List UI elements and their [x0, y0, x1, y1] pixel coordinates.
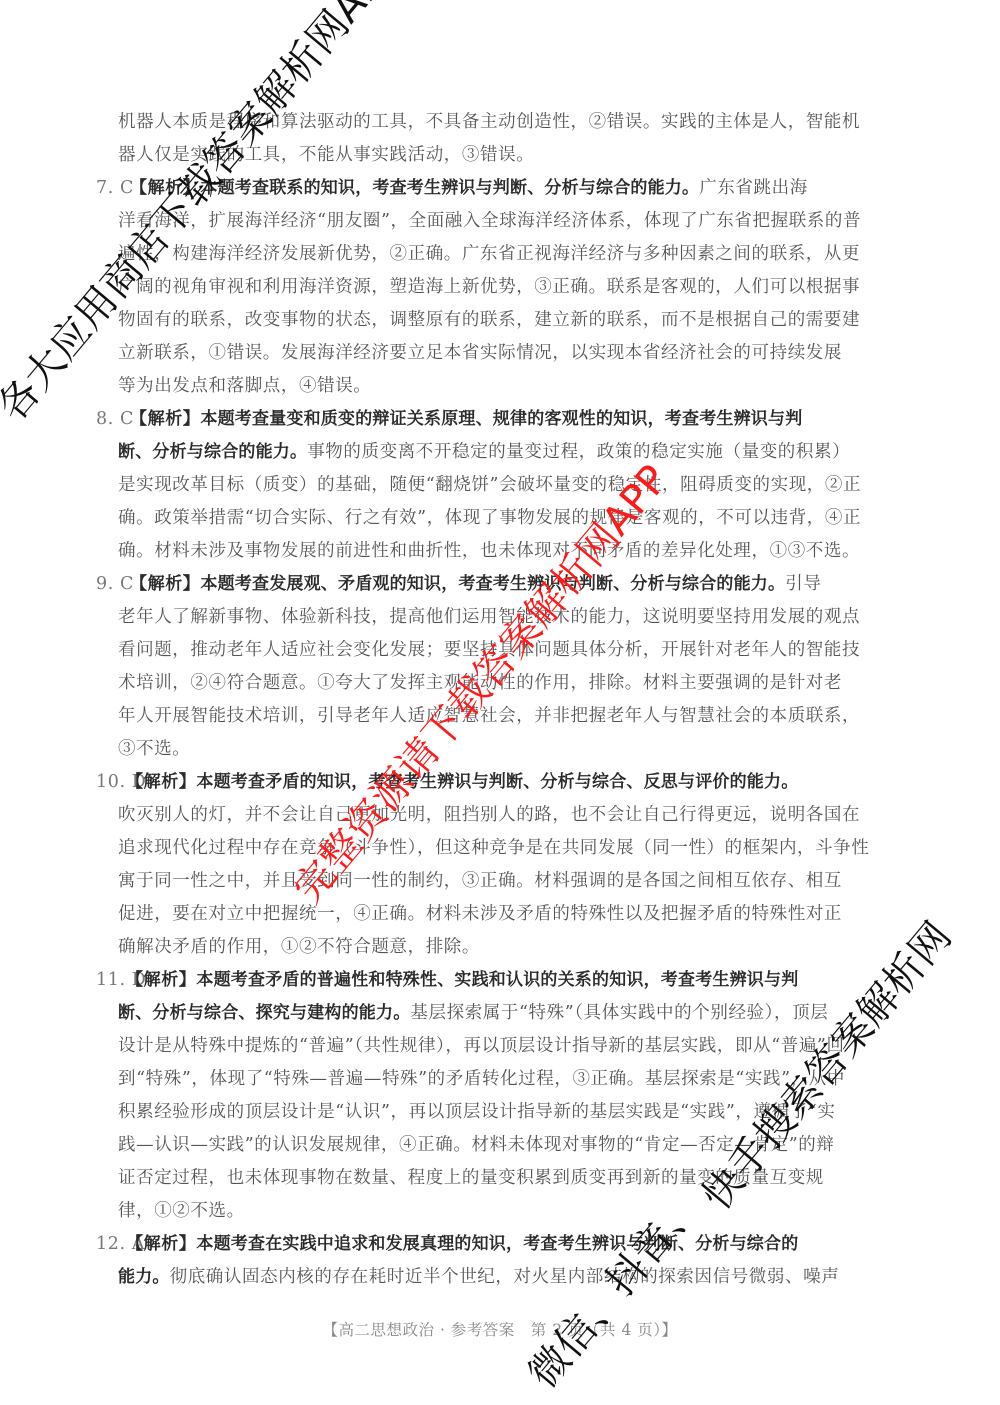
- question-topic: 断、分析与综合的能力。: [118, 442, 307, 462]
- line-text: 确解决矛盾的作用，①②不符合题意，排除。: [118, 937, 480, 957]
- question-number: 7. C: [96, 172, 130, 205]
- text-line: 广阔的视角审视和利用海洋资源，塑造海上新优势，③正确。联系是客观的，人们可以根据…: [96, 271, 908, 304]
- line-text: 广阔的视角审视和利用海洋资源，塑造海上新优势，③正确。联系是客观的，人们可以根据…: [118, 277, 860, 297]
- line-text: 彻底确认固态内核的存在耗时近半个世纪，对火星内部结构的探索因信号微弱、噪声: [170, 1267, 840, 1287]
- analysis-tag: 【解析】: [126, 772, 196, 792]
- analysis-tag: 【解析】: [126, 970, 196, 990]
- line-text: 广东省跳出海: [699, 178, 808, 198]
- text-line: 物固有的联系，改变事物的状态，调整原有的联系，建立新的联系，而不是根据自己的需要…: [96, 304, 908, 337]
- text-line: 断、分析与综合、探究与建构的能力。基层探索属于“特殊”（具体实践中的个别经验），…: [96, 997, 908, 1030]
- line-text: 器人仅是实践的工具，不能从事实践活动，③错误。: [118, 145, 534, 165]
- question-topic: 本题考查联系的知识，考查考生辨识与判断、分析与综合的能力。: [200, 178, 699, 198]
- text-line: 追求现代化过程中存在竞争（斗争性），但这种竞争是在共同发展（同一性）的框架内，斗…: [96, 832, 908, 865]
- line-text: 基层探索属于“特殊”（具体实践中的个别经验），顶层: [410, 1003, 828, 1023]
- line-text: 洋看海洋，扩展海洋经济“朋友圈”，全面融入全球海洋经济体系，体现了广东省把握联系…: [118, 211, 861, 231]
- text-line: 是实现改革目标（质变）的基础，随便“翻烧饼”会破坏量变的稳定性，阻碍质变的实现，…: [96, 469, 908, 502]
- line-text: 等为出发点和落脚点，④错误。: [118, 376, 371, 396]
- question-number: 9. C: [96, 568, 130, 601]
- question-topic: 能力。: [118, 1267, 170, 1287]
- text-line: 立新联系，①错误。发展海洋经济要立足本省实际情况，以实现本省经济社会的可持续发展: [96, 337, 908, 370]
- line-text: 设计是从特殊中提炼的“普遍”（共性规律），再以顶层设计指导新的基层实践，即从“普…: [118, 1036, 845, 1056]
- line-text: 吹灭别人的灯，并不会让自己更加光明，阻挡别人的路，也不会让自己行得更远，说明各国…: [118, 805, 860, 825]
- text-line: 洋看海洋，扩展海洋经济“朋友圈”，全面融入全球海洋经济体系，体现了广东省把握联系…: [96, 205, 908, 238]
- question-12-header: 12. A【解析】本题考查在实践中追求和发展真理的知识，考查考生辨识与判断、分析…: [96, 1228, 908, 1261]
- line-text: 确。政策举措需“切合实际、行之有效”，体现了事物发展的规律是客观的，不可以违背，…: [118, 508, 861, 528]
- question-9-header: 9. C【解析】本题考查发展观、矛盾观的知识，考查考生辨识与判断、分析与综合的能…: [96, 568, 908, 601]
- question-number: 12. A: [96, 1228, 126, 1261]
- line-text: 引导: [785, 574, 821, 594]
- page-footer: 【高二思想政治 · 参考答案 第 2 页（共 4 页）】: [0, 1318, 1000, 1340]
- question-8-header: 8. C【解析】本题考查量变和质变的辩证关系原理、规律的客观性的知识，考查考生辨…: [96, 403, 908, 436]
- question-topic: 本题考查发展观、矛盾观的知识，考查考生辨识与判断、分析与综合的能力。: [200, 574, 785, 594]
- line-text: 遍性，构建海洋经济发展新优势，②正确。广东省正视海洋经济与多种因素之间的联系，从…: [118, 244, 860, 264]
- line-text: 老年人了解新事物、体验新科技，提高他们运用智能技术的能力，这说明要坚持用发展的观…: [118, 607, 860, 627]
- line-text: 确。材料未涉及事物发展的前进性和曲折性，也未体现对不同矛盾的差异化处理，①③不选…: [118, 541, 860, 561]
- line-text: 律，①②不选。: [118, 1201, 245, 1221]
- line-text: 是实现改革目标（质变）的基础，随便“翻烧饼”会破坏量变的稳定性，阻碍质变的实现，…: [118, 475, 861, 495]
- question-11-header: 11. D【解析】本题考查矛盾的普遍性和特殊性、实践和认识的关系的知识，考查考生…: [96, 964, 908, 997]
- text-line: 寓于同一性之中，并且受到同一性的制约，③正确。材料强调的是各国之间相互依存、相互: [96, 865, 908, 898]
- text-line: 律，①②不选。: [96, 1195, 908, 1228]
- text-line: 设计是从特殊中提炼的“普遍”（共性规律），再以顶层设计指导新的基层实践，即从“普…: [96, 1030, 908, 1063]
- question-10-header: 10. D【解析】本题考查矛盾的知识，考查考生辨识与判断、分析与综合、反思与评价…: [96, 766, 908, 799]
- question-number: 10. D: [96, 766, 126, 799]
- line-text: 积累经验形成的顶层设计是“认识”，再以顶层设计指导新的基层实践是“实践”，遵循了…: [118, 1102, 835, 1122]
- line-text: 追求现代化过程中存在竞争（斗争性），但这种竞争是在共同发展（同一性）的框架内，斗…: [118, 838, 869, 858]
- text-line: 能力。彻底确认固态内核的存在耗时近半个世纪，对火星内部结构的探索因信号微弱、噪声: [96, 1261, 908, 1294]
- text-line: 断、分析与综合的能力。事物的质变离不开稳定的量变过程，政策的稳定实施（量变的积累…: [96, 436, 908, 469]
- question-topic: 本题考查量变和质变的辩证关系原理、规律的客观性的知识，考查考生辨识与判: [200, 409, 802, 429]
- question-number: 11. D: [96, 964, 126, 997]
- analysis-tag: 【解析】: [126, 1234, 196, 1254]
- text-line: 确。政策举措需“切合实际、行之有效”，体现了事物发展的规律是客观的，不可以违背，…: [96, 502, 908, 535]
- text-line: 确。材料未涉及事物发展的前进性和曲折性，也未体现对不同矛盾的差异化处理，①③不选…: [96, 535, 908, 568]
- question-topic: 本题考查矛盾的知识，考查考生辨识与判断、分析与综合、反思与评价的能力。: [196, 772, 798, 792]
- question-topic: 断、分析与综合、探究与建构的能力。: [118, 1003, 410, 1023]
- line-text: 物固有的联系，改变事物的状态，调整原有的联系，建立新的联系，而不是根据自己的需要…: [118, 310, 860, 330]
- question-topic: 本题考查在实践中追求和发展真理的知识，考查考生辨识与判断、分析与综合的: [196, 1234, 798, 1254]
- text-line: 证否定过程，也未体现事物在数量、程度上的量变积累到质变再到新的量变的质量互变规: [96, 1162, 908, 1195]
- line-text: 到“特殊”，体现了“特殊—普遍—特殊”的矛盾转化过程，③正确。基层探索是“实践”…: [118, 1069, 845, 1089]
- analysis-tag: 【解析】: [130, 574, 200, 594]
- text-line: 促进，要在对立中把握统一，④正确。材料未涉及矛盾的特殊性以及把握矛盾的特殊性对正: [96, 898, 908, 931]
- line-text: 寓于同一性之中，并且受到同一性的制约，③正确。材料强调的是各国之间相互依存、相互: [118, 871, 842, 891]
- line-text: ③不选。: [118, 739, 190, 759]
- line-text: 立新联系，①错误。发展海洋经济要立足本省实际情况，以实现本省经济社会的可持续发展: [118, 343, 842, 363]
- line-text: 事物的质变离不开稳定的量变过程，政策的稳定实施（量变的积累）: [307, 442, 850, 462]
- analysis-tag: 【解析】: [130, 409, 200, 429]
- question-topic: 本题考查矛盾的普遍性和特殊性、实践和认识的关系的知识，考查考生辨识与判: [196, 970, 798, 990]
- question-number: 8. C: [96, 403, 130, 436]
- line-text: 促进，要在对立中把握统一，④正确。材料未涉及矛盾的特殊性以及把握矛盾的特殊性对正: [118, 904, 842, 924]
- text-line: 等为出发点和落脚点，④错误。: [96, 370, 908, 403]
- document-page: 机器人本质是程序和算法驱动的工具，不具备主动创造性，②错误。实践的主体是人，智能…: [0, 0, 1000, 1405]
- text-line: 吹灭别人的灯，并不会让自己更加光明，阻挡别人的路，也不会让自己行得更远，说明各国…: [96, 799, 908, 832]
- text-line: 年人开展智能技术培训，引导老年人适应智慧社会，并非把握老年人与智慧社会的本质联系…: [96, 700, 908, 733]
- text-line: ③不选。: [96, 733, 908, 766]
- text-line: 遍性，构建海洋经济发展新优势，②正确。广东省正视海洋经济与多种因素之间的联系，从…: [96, 238, 908, 271]
- text-line: 确解决矛盾的作用，①②不符合题意，排除。: [96, 931, 908, 964]
